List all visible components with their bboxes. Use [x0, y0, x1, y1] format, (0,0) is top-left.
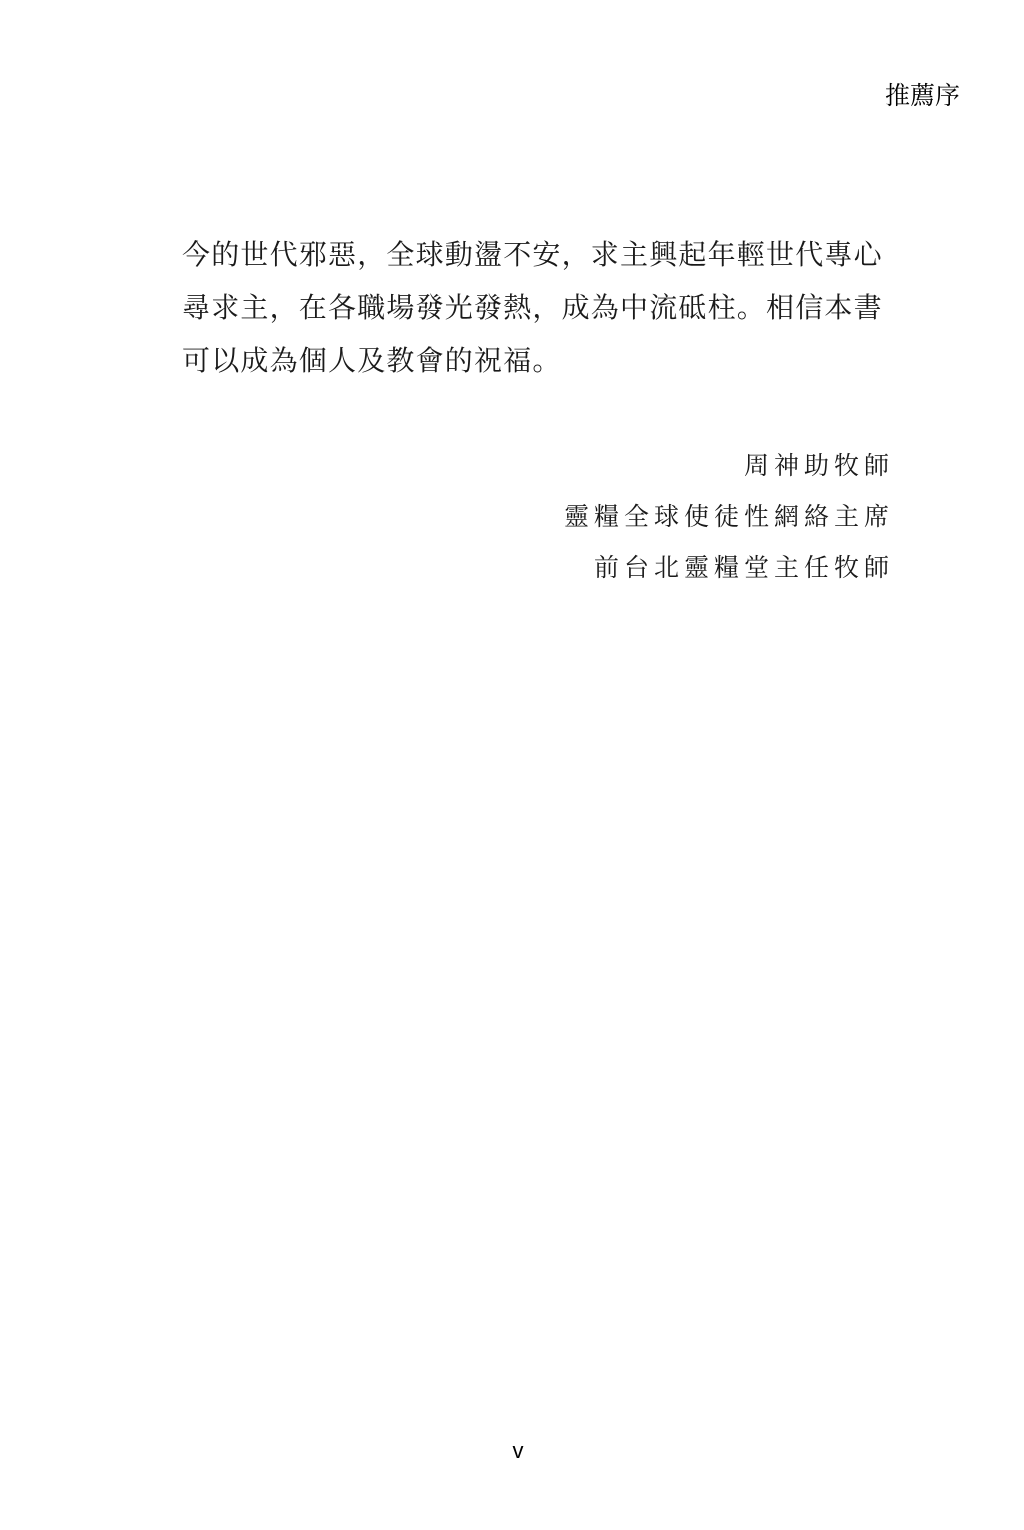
section-title: 推薦序: [885, 80, 960, 112]
body-paragraph: 今的世代邪惡，全球動盪不安，求主興起年輕世代專心 尋求主，在各職場發光發熱，成為…: [182, 228, 898, 387]
signature-name: 周神助牧師: [564, 440, 894, 491]
signature-block: 周神助牧師 靈糧全球使徒性網絡主席 前台北靈糧堂主任牧師: [564, 440, 894, 593]
body-line: 今的世代邪惡，全球動盪不安，求主興起年輕世代專心: [182, 228, 898, 281]
body-line: 可以成為個人及教會的祝福。: [182, 334, 898, 387]
signature-title: 靈糧全球使徒性網絡主席: [564, 491, 894, 542]
signature-title: 前台北靈糧堂主任牧師: [564, 542, 894, 593]
page-number: v: [0, 1437, 1024, 1465]
body-line: 尋求主，在各職場發光發熱，成為中流砥柱。相信本書: [182, 281, 898, 334]
